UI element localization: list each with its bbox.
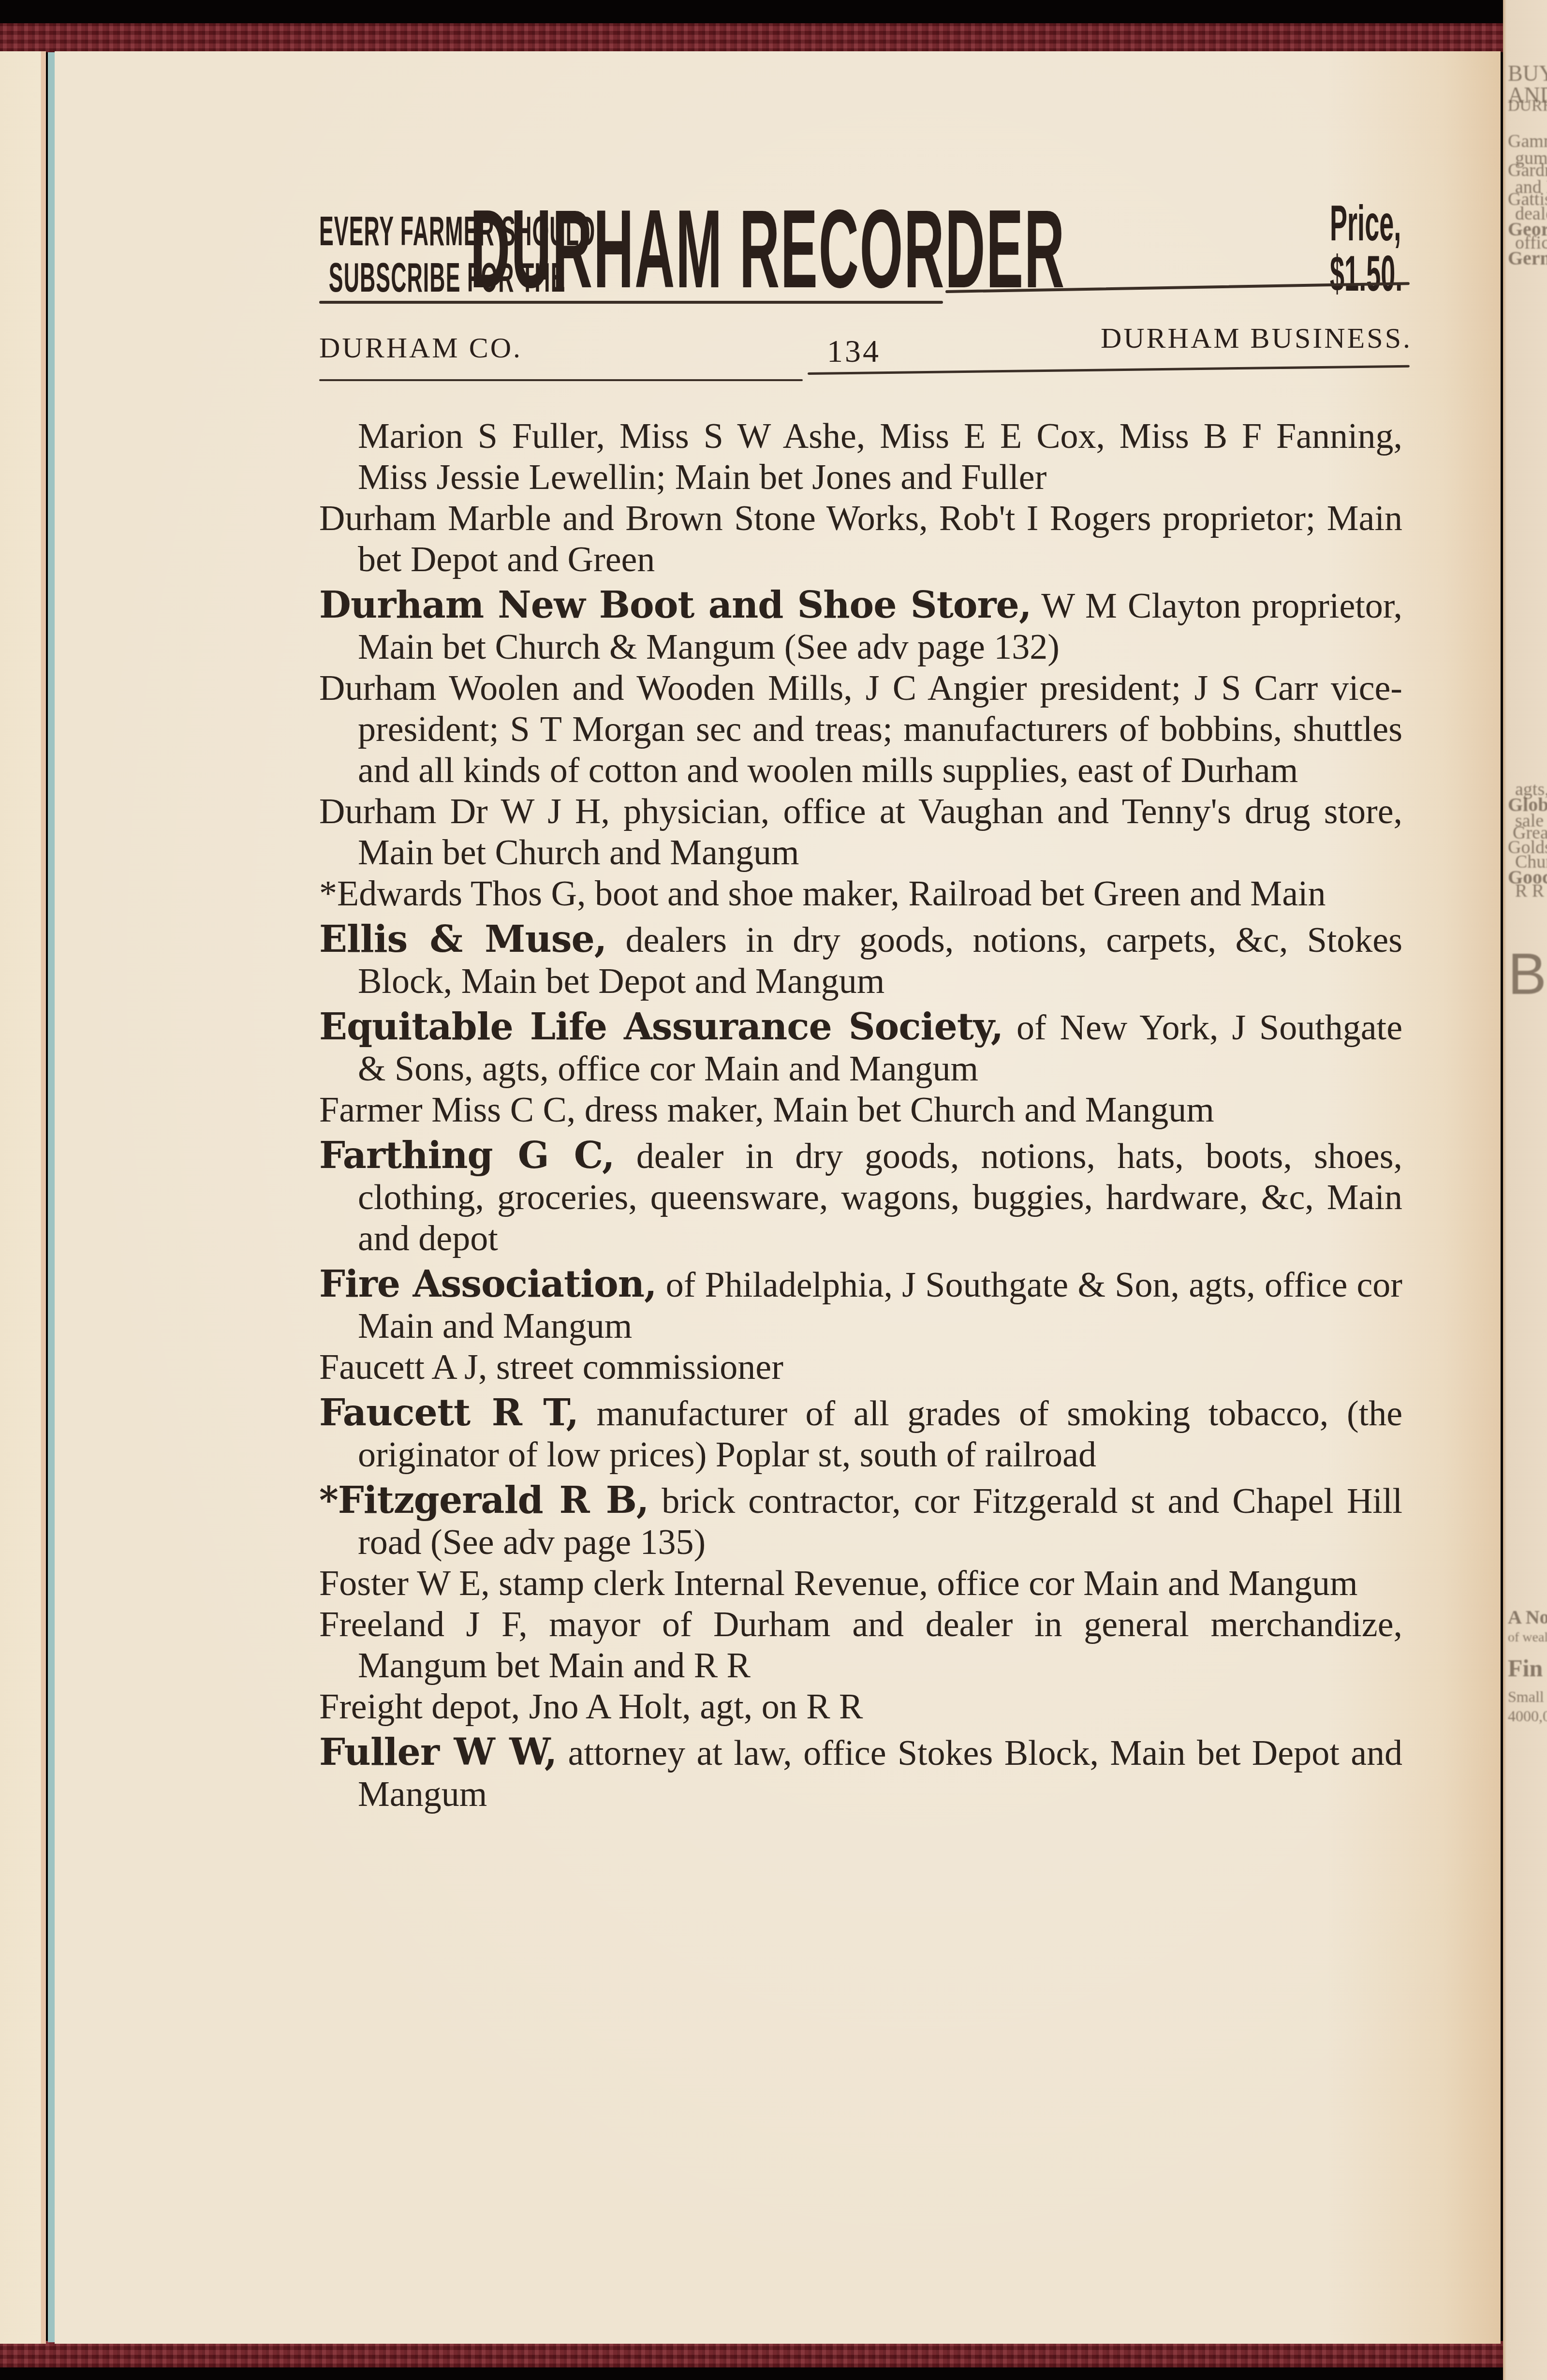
page-number: 134 [827,333,881,370]
entry-description: Durham Woolen and Wooden Mills, J C Angi… [319,668,1402,790]
banner-rule-left [319,301,943,304]
directory-entry: Equitable Life Assurance Society, of New… [319,1006,1402,1090]
directory-entry: *Fitzgerald R B, brick contractor, cor F… [319,1479,1402,1563]
directory-entry: Freeland J F, mayor of Durham and dealer… [319,1604,1402,1686]
next-page-line: R R [1515,880,1544,902]
business-directory-entries: Marion S Fuller, Miss S W Ashe, Miss E E… [319,416,1402,1815]
next-page-ad-line: A No [1508,1606,1547,1628]
entry-business-name: Faucett R T, [319,1391,578,1434]
page-stack-edge [0,51,46,2344]
entry-business-name: Equitable Life Assurance Society, [319,1005,1003,1048]
running-head-rule-left [319,379,803,381]
book-cloth-bottom-edge [0,2341,1547,2367]
running-head-right: DURHAM BUSINESS. [1101,322,1412,355]
banner-price-value: $1.50. [1330,249,1402,299]
directory-entry: Foster W E, stamp clerk Internal Revenue… [319,1563,1402,1604]
blue-page-edge-rule [48,52,55,2342]
next-page-ad-line: Fin [1508,1654,1543,1682]
next-page-ad-line: Small [1508,1688,1544,1706]
directory-entry: Fuller W W, attorney at law, office Stok… [319,1731,1402,1815]
entry-business-name: Durham New Boot and Shoe Store, [319,583,1031,626]
directory-entry: *Edwards Thos G, boot and shoe maker, Ra… [319,873,1402,915]
next-page-ad-line: 4000,0 [1508,1707,1547,1725]
next-page-peek: BUY DRY AND FAN DURHAM Gammon gum, u Gar… [1503,0,1547,2380]
directory-entry: Ellis & Muse, dealers in dry goods, noti… [319,918,1402,1002]
directory-entry: Marion S Fuller, Miss S W Ashe, Miss E E… [319,416,1402,498]
directory-entry: Freight depot, Jno A Holt, agt, on R R [319,1686,1402,1728]
entry-description: Faucett A J, street commissioner [319,1347,783,1387]
directory-entry: Farthing G C, dealer in dry goods, notio… [319,1135,1402,1259]
directory-entry: Faucett A J, street commissioner [319,1347,1402,1388]
running-head-left: DURHAM CO. [319,331,522,365]
entry-description: Durham Dr W J H, physician, office at Va… [319,792,1402,872]
book-cloth-top-edge [0,23,1547,52]
directory-entry: Durham Marble and Brown Stone Works, Rob… [319,498,1402,580]
entry-business-name: *Fitzgerald R B, [319,1478,648,1522]
directory-entry: Farmer Miss C C, dress maker, Main bet C… [319,1090,1402,1131]
next-page-line: German [1508,247,1547,269]
entry-description: Freeland J F, mayor of Durham and dealer… [319,1605,1402,1685]
entry-description: *Edwards Thos G, boot and shoe maker, Ra… [319,874,1326,914]
banner-price-label: Price, [1330,198,1402,249]
entry-description: Foster W E, stamp clerk Internal Revenue… [319,1564,1357,1603]
directory-entry: Durham New Boot and Shoe Store, W M Clay… [319,584,1402,668]
directory-entry: Faucett R T, manufacturer of all grades … [319,1392,1402,1476]
entry-description: Marion S Fuller, Miss S W Ashe, Miss E E… [358,416,1402,497]
running-head: DURHAM CO. 134 DURHAM BUSINESS. [319,322,1412,365]
directory-entry: Fire Association, of Philadelphia, J Sou… [319,1263,1402,1347]
next-page-running-head: DURHAM [1508,97,1547,115]
next-page-ad-word: Bri [1508,941,1547,1007]
newspaper-advertisement-banner: EVERY FARMER SHOULD SUBSCRIBE FOR THE DU… [319,193,1412,300]
entry-business-name: Ellis & Muse, [319,917,606,961]
entry-business-name: Farthing G C, [319,1134,615,1177]
banner-title: DURHAM RECORDER [470,193,1065,305]
directory-entry: Durham Dr W J H, physician, office at Va… [319,791,1402,873]
entry-description: Freight depot, Jno A Holt, agt, on R R [319,1687,863,1727]
entry-business-name: Fuller W W, [319,1730,557,1774]
entry-description: Durham Marble and Brown Stone Works, Rob… [319,499,1402,579]
entry-description: Farmer Miss C C, dress maker, Main bet C… [319,1090,1214,1130]
directory-entry: Durham Woolen and Wooden Mills, J C Angi… [319,668,1402,791]
entry-business-name: Fire Association, [319,1262,656,1305]
next-page-ad-line: of weal [1508,1630,1547,1645]
